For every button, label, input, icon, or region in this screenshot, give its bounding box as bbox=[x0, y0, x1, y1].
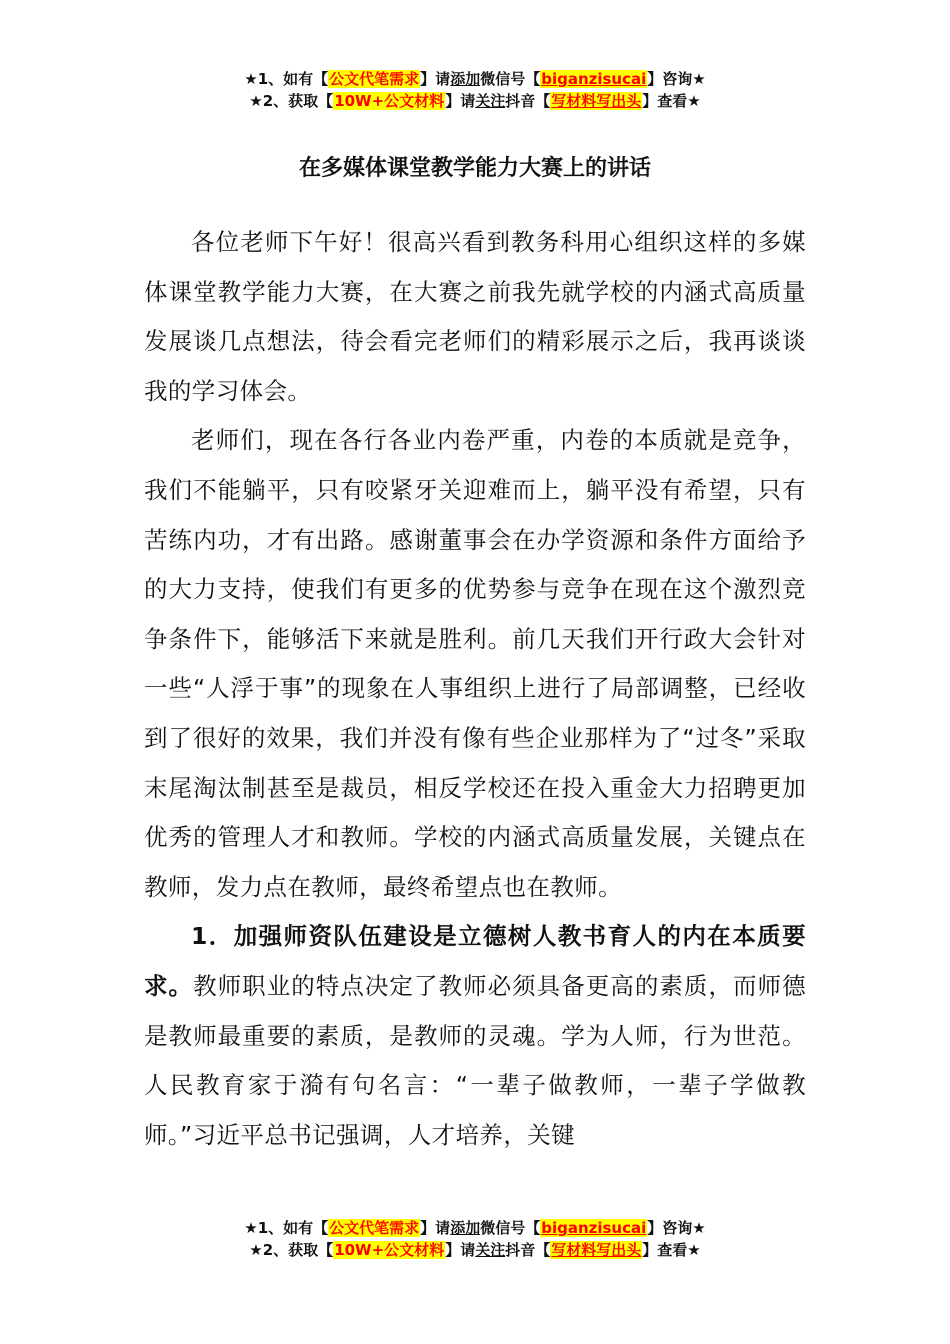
douyin-account-link[interactable]: 写材料写出头 bbox=[550, 1241, 642, 1259]
paragraph-text: 各位老师下午好！很高兴看到教务科用心组织这样的多媒体课堂教学能力大赛，在大赛之前… bbox=[144, 228, 806, 405]
header-banner: ★1、如有【公文代笔需求】请添加微信号【biganzisucai】咨询★ ★2、… bbox=[0, 68, 950, 112]
banner-line-2: ★2、获取【10W+公文材料】请关注抖音【写材料写出头】查看★ bbox=[0, 1239, 950, 1261]
paragraph-greeting: 各位老师下午好！很高兴看到教务科用心组织这样的多媒体课堂教学能力大赛，在大赛之前… bbox=[144, 218, 806, 416]
highlight-materials: 10W+公文材料 bbox=[333, 1241, 445, 1259]
banner-text: 微信号【 bbox=[480, 1219, 540, 1237]
banner-line-2: ★2、获取【10W+公文材料】请关注抖音【写材料写出头】查看★ bbox=[0, 90, 950, 112]
banner-text: 抖音【 bbox=[505, 92, 550, 110]
highlight-ghostwriting: 公文代笔需求 bbox=[328, 70, 420, 88]
banner-text: ★2、获取【 bbox=[249, 1241, 333, 1259]
document-title: 在多媒体课堂教学能力大赛上的讲话 bbox=[0, 153, 950, 185]
banner-text: ★1、如有【 bbox=[244, 70, 328, 88]
paragraph-competition: 老师们，现在各行各业内卷严重，内卷的本质就是竞争，我们不能躺平，只有咬紧牙关迎难… bbox=[144, 416, 806, 912]
underlined-add: 添加 bbox=[450, 70, 480, 88]
banner-text: 抖音【 bbox=[505, 1241, 550, 1259]
banner-text: ★1、如有【 bbox=[244, 1219, 328, 1237]
paragraph-text: 老师们，现在各行各业内卷严重，内卷的本质就是竞争，我们不能躺平，只有咬紧牙关迎难… bbox=[144, 426, 806, 900]
banner-text: 】咨询★ bbox=[647, 70, 705, 88]
banner-line-1: ★1、如有【公文代笔需求】请添加微信号【biganzisucai】咨询★ bbox=[0, 68, 950, 90]
underlined-follow: 关注 bbox=[475, 92, 505, 110]
banner-text: 】请 bbox=[420, 70, 450, 88]
banner-line-1: ★1、如有【公文代笔需求】请添加微信号【biganzisucai】咨询★ bbox=[0, 1217, 950, 1239]
douyin-account-link[interactable]: 写材料写出头 bbox=[550, 92, 642, 110]
underlined-add: 添加 bbox=[450, 1219, 480, 1237]
wechat-id-link[interactable]: biganzisucai bbox=[540, 70, 647, 88]
underlined-follow: 关注 bbox=[475, 1241, 505, 1259]
highlight-materials: 10W+公文材料 bbox=[333, 92, 445, 110]
banner-text: 】请 bbox=[420, 1219, 450, 1237]
paragraph-text: 教师职业的特点决定了教师必须具备更高的素质，而师德是教师最重要的素质，是教师的灵… bbox=[144, 972, 806, 1149]
footer-banner: ★1、如有【公文代笔需求】请添加微信号【biganzisucai】咨询★ ★2、… bbox=[0, 1217, 950, 1261]
banner-text: 】查看★ bbox=[642, 1241, 700, 1259]
banner-text: 】请 bbox=[445, 1241, 475, 1259]
paragraph-point-1: 1．加强师资队伍建设是立德树人教书育人的内在本质要求。教师职业的特点决定了教师必… bbox=[144, 912, 806, 1160]
banner-text: ★2、获取【 bbox=[249, 92, 333, 110]
banner-text: 】查看★ bbox=[642, 92, 700, 110]
document-body: 各位老师下午好！很高兴看到教务科用心组织这样的多媒体课堂教学能力大赛，在大赛之前… bbox=[144, 218, 806, 1160]
highlight-ghostwriting: 公文代笔需求 bbox=[328, 1219, 420, 1237]
banner-text: 】请 bbox=[445, 92, 475, 110]
wechat-id-link[interactable]: biganzisucai bbox=[540, 1219, 647, 1237]
banner-text: 微信号【 bbox=[480, 70, 540, 88]
banner-text: 】咨询★ bbox=[647, 1219, 705, 1237]
